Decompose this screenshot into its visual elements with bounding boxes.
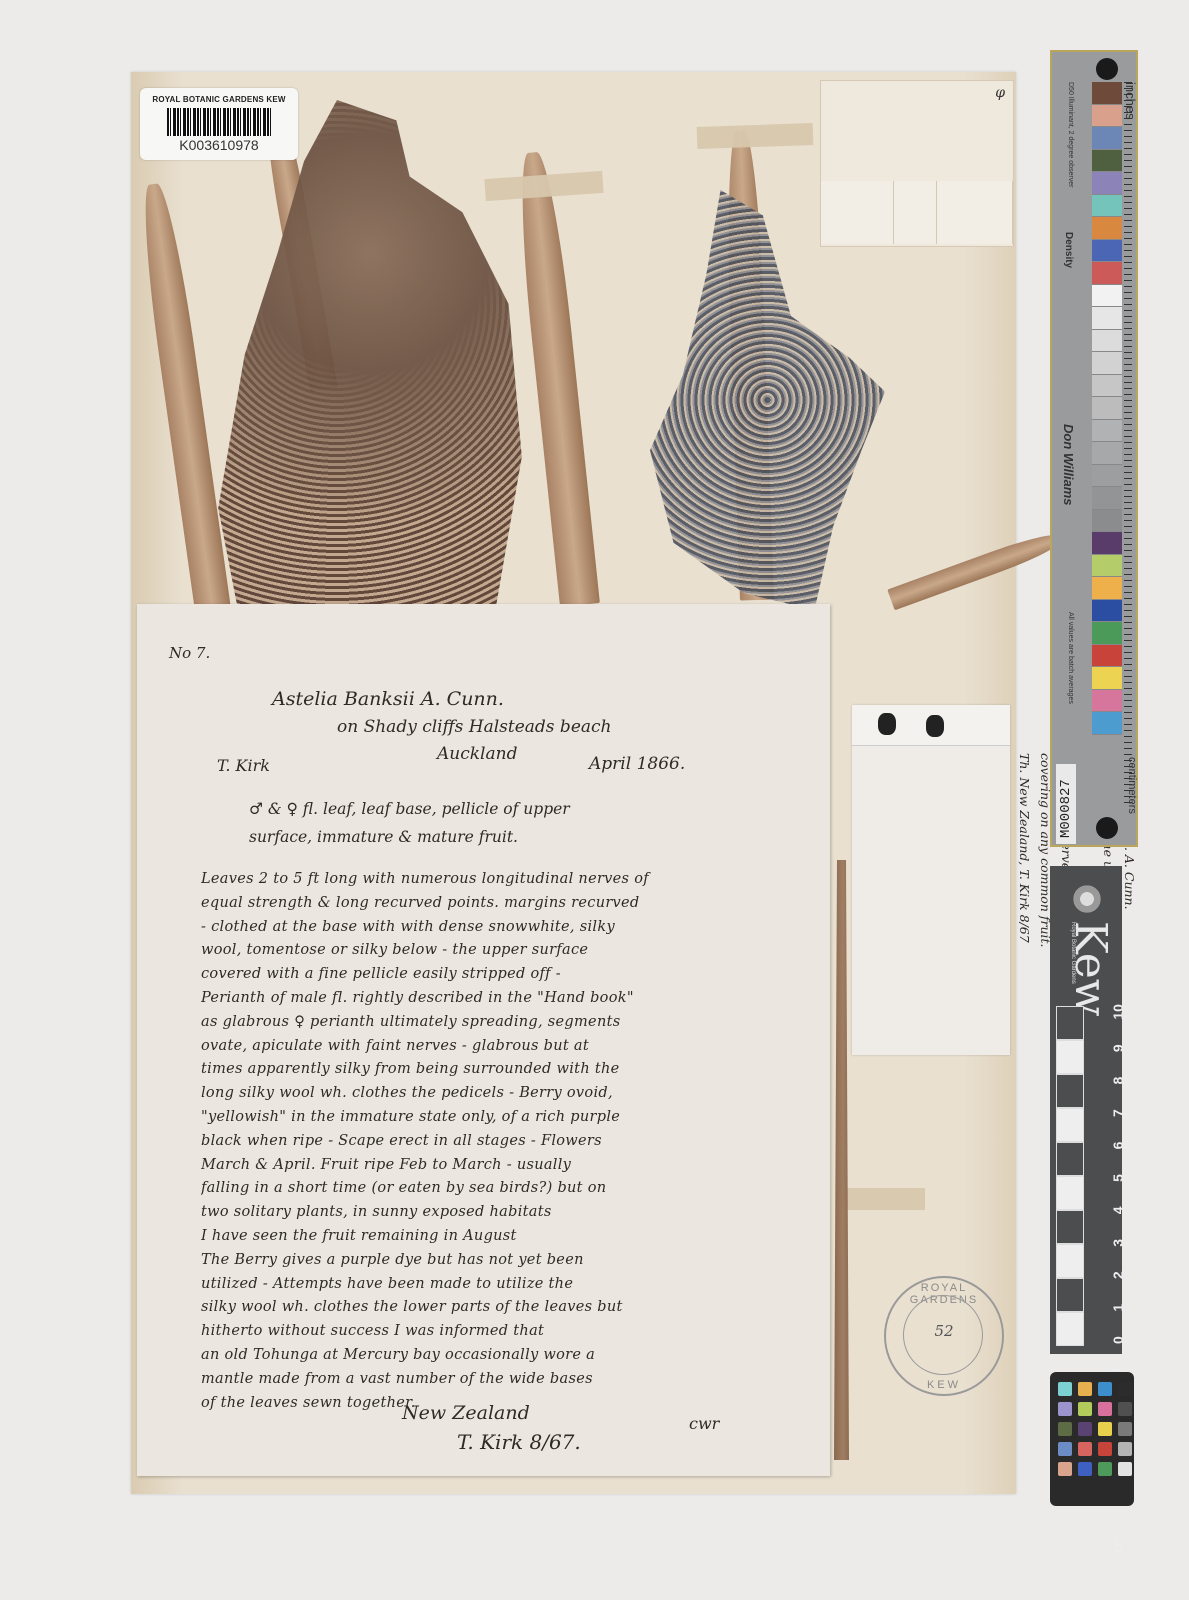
color-swatch — [1092, 645, 1122, 668]
letter-number: No 7. — [169, 644, 210, 662]
checker-patch — [1118, 1422, 1132, 1436]
side-note-label: Astelia Banksii. A. Cunn. Pellicle from … — [852, 705, 1010, 1055]
checker-patch — [1078, 1382, 1092, 1396]
color-swatch — [1092, 487, 1122, 510]
pellicle-fragment — [878, 713, 896, 735]
checker-patch — [1058, 1402, 1072, 1416]
packet-flap — [821, 181, 894, 244]
color-swatch — [1092, 285, 1122, 308]
initials: cwr — [689, 1414, 719, 1433]
scale-num: 6 — [1110, 1142, 1126, 1150]
checker-patch — [1058, 1442, 1072, 1456]
color-swatch — [1092, 442, 1122, 465]
body-line: "yellowish" in the immature state only, … — [201, 1106, 821, 1130]
cm-scale — [1056, 1006, 1084, 1346]
side-note-line: Th. New Zealand, T. Kirk 8/67 — [1014, 753, 1035, 1087]
locality-line-2: Auckland — [437, 744, 517, 764]
checker-patch — [1098, 1462, 1112, 1476]
color-swatch — [1092, 510, 1122, 533]
color-swatch — [1092, 375, 1122, 398]
scale-num: 2 — [1110, 1271, 1126, 1279]
color-swatch — [1092, 330, 1122, 353]
body-line: hitherto without success I was informed … — [201, 1320, 821, 1344]
body-line: silky wool wh. clothes the lower parts o… — [201, 1296, 821, 1320]
checker-patch — [1098, 1402, 1112, 1416]
stamp-number: 52 — [886, 1322, 1002, 1340]
registration-dot — [1096, 58, 1118, 80]
color-swatch — [1092, 622, 1122, 645]
color-swatch — [1092, 667, 1122, 690]
color-swatch — [1092, 195, 1122, 218]
color-swatches — [1092, 82, 1122, 735]
scale-num: 9 — [1110, 1044, 1126, 1052]
color-swatch — [1092, 600, 1122, 623]
color-swatch — [1092, 555, 1122, 578]
color-swatch — [1092, 127, 1122, 150]
scale-num: 7 — [1110, 1109, 1126, 1117]
body-line: mantle made from a vast number of the wi… — [201, 1368, 821, 1392]
scale-numbers: 0 1 2 3 4 5 6 7 8 9 10 — [1110, 1004, 1126, 1344]
color-swatch — [1092, 465, 1122, 488]
body-line: Perianth of male fl. rightly described i… — [201, 987, 821, 1011]
color-swatch — [1092, 307, 1122, 330]
checker-patch — [1078, 1442, 1092, 1456]
density-label: Density — [1063, 232, 1074, 268]
color-swatch — [1092, 105, 1122, 128]
material-line-2: surface, immature & mature fruit. — [249, 828, 518, 846]
body-line: equal strength & long recurved points. m… — [201, 892, 821, 916]
packet-flaps — [821, 181, 1013, 244]
chart-code: M000827 — [1056, 764, 1076, 844]
kew-scale-bar: Royal Botanic Gardens Kew 0 1 2 3 4 5 6 … — [1050, 866, 1122, 1354]
units-centimeters: centimeters — [1126, 757, 1138, 814]
material-line-1: ♂ & ♀ fl. leaf, leaf base, pellicle of u… — [249, 800, 570, 818]
checker-patch — [1078, 1462, 1092, 1476]
color-swatch — [1092, 217, 1122, 240]
pellicle-fragment — [926, 715, 944, 737]
color-swatch — [1092, 532, 1122, 555]
body-line: covered with a fine pellicle easily stri… — [201, 963, 821, 987]
kew-wordmark: Kew — [1065, 921, 1116, 1016]
scale-unit: cm — [1110, 1536, 1124, 1552]
color-swatch — [1092, 150, 1122, 173]
brand-label: Don Williams — [1061, 424, 1076, 506]
color-swatch — [1092, 262, 1122, 285]
body-line: falling in a short time (or eaten by sea… — [201, 1177, 821, 1201]
body-line: long silky wool wh. clothes the pedicels… — [201, 1082, 821, 1106]
checker-patch — [1118, 1382, 1132, 1396]
color-swatch — [1092, 172, 1122, 195]
royal-crest-icon — [1070, 884, 1104, 914]
stamp-bottom-text: KEW — [886, 1379, 1002, 1391]
color-swatch — [1092, 577, 1122, 600]
scale-num: 4 — [1110, 1206, 1126, 1214]
barcode-number: K003610978 — [140, 137, 298, 153]
fragment-packet: φ — [820, 80, 1014, 247]
chart-code-text: M000827 — [1058, 779, 1074, 838]
packet-flap — [937, 181, 1013, 244]
body-line: I have seen the fruit remaining in Augus… — [201, 1225, 821, 1249]
barcode-organization: ROYAL BOTANIC GARDENS KEW — [140, 95, 298, 104]
checker-patch — [1058, 1382, 1072, 1396]
checker-patch — [1098, 1442, 1112, 1456]
body-line: wool, tomentose or silky below - the upp… — [201, 939, 821, 963]
packet-flap — [894, 181, 937, 244]
body-line: March & April. Fruit ripe Feb to March -… — [201, 1154, 821, 1178]
body-line: an old Tohunga at Mercury bay occasional… — [201, 1344, 821, 1368]
checker-patch — [1118, 1402, 1132, 1416]
checker-patches — [1058, 1382, 1132, 1476]
collector-name: T. Kirk — [217, 756, 270, 775]
kew-stamp: ROYAL GARDENS 52 KEW — [884, 1276, 1004, 1396]
body-line: Leaves 2 to 5 ft long with numerous long… — [201, 868, 821, 892]
letter-body: Leaves 2 to 5 ft long with numerous long… — [201, 868, 821, 1415]
kirk-letter: No 7. Astelia Banksii A. Cunn. on Shady … — [137, 604, 830, 1476]
body-line: as glabrous ♀ perianth ultimately spread… — [201, 1011, 821, 1035]
scale-num: 10 — [1110, 1004, 1126, 1020]
color-swatch — [1092, 240, 1122, 263]
body-line: The Berry gives a purple dye but has not… — [201, 1249, 821, 1273]
ruler-ticks — [1124, 82, 1132, 805]
body-line: ovate, apiculate with faint nerves - gla… — [201, 1035, 821, 1059]
units-inches: inches — [1123, 82, 1138, 120]
illuminant-note: D50 Illuminant, 2 degree observer — [1067, 82, 1074, 187]
pellicle-strip — [852, 705, 1010, 746]
checker-patch — [1078, 1422, 1092, 1436]
batch-note: All values are batch averages — [1067, 612, 1074, 704]
species-name: Astelia Banksii A. Cunn. — [272, 688, 504, 710]
mounting-tape — [697, 123, 814, 149]
checker-patch — [1098, 1422, 1112, 1436]
scale-num: 0 — [1110, 1336, 1126, 1344]
signature-place: New Zealand — [402, 1402, 530, 1424]
color-swatch — [1092, 712, 1122, 735]
body-line: - clothed at the base with with dense sn… — [201, 916, 821, 940]
color-swatch — [1092, 420, 1122, 443]
color-checker — [1050, 1372, 1134, 1506]
scale-num: 3 — [1110, 1239, 1126, 1247]
signature-name: T. Kirk 8/67. — [457, 1430, 581, 1454]
body-line: black when ripe - Scape erect in all sta… — [201, 1130, 821, 1154]
corner-mark: φ — [995, 85, 1005, 101]
color-calibration-bar: inches centimeters D50 Illuminant, 2 deg… — [1050, 50, 1138, 847]
barcode-label: ROYAL BOTANIC GARDENS KEW K003610978 — [140, 88, 298, 160]
scale-num: 1 — [1110, 1304, 1126, 1312]
color-swatch — [1092, 352, 1122, 375]
checker-patch — [1058, 1422, 1072, 1436]
checker-patch — [1098, 1382, 1112, 1396]
color-swatch — [1092, 690, 1122, 713]
body-line: times apparently silky from being surrou… — [201, 1058, 821, 1082]
mounting-tape — [840, 1188, 925, 1210]
checker-patch — [1118, 1442, 1132, 1456]
checker-patch — [1078, 1402, 1092, 1416]
body-line: two solitary plants, in sunny exposed ha… — [201, 1201, 821, 1225]
locality-line-1: on Shady cliffs Halsteads beach — [337, 717, 611, 737]
collection-date: April 1866. — [589, 754, 685, 774]
barcode-icon — [167, 108, 271, 136]
checker-patch — [1058, 1462, 1072, 1476]
color-swatch — [1092, 82, 1122, 105]
checker-patch — [1118, 1462, 1132, 1476]
scale-num: 8 — [1110, 1077, 1126, 1085]
body-line: utilized - Attempts have been made to ut… — [201, 1273, 821, 1297]
registration-dot — [1096, 817, 1118, 839]
scale-num: 5 — [1110, 1174, 1126, 1182]
color-swatch — [1092, 397, 1122, 420]
